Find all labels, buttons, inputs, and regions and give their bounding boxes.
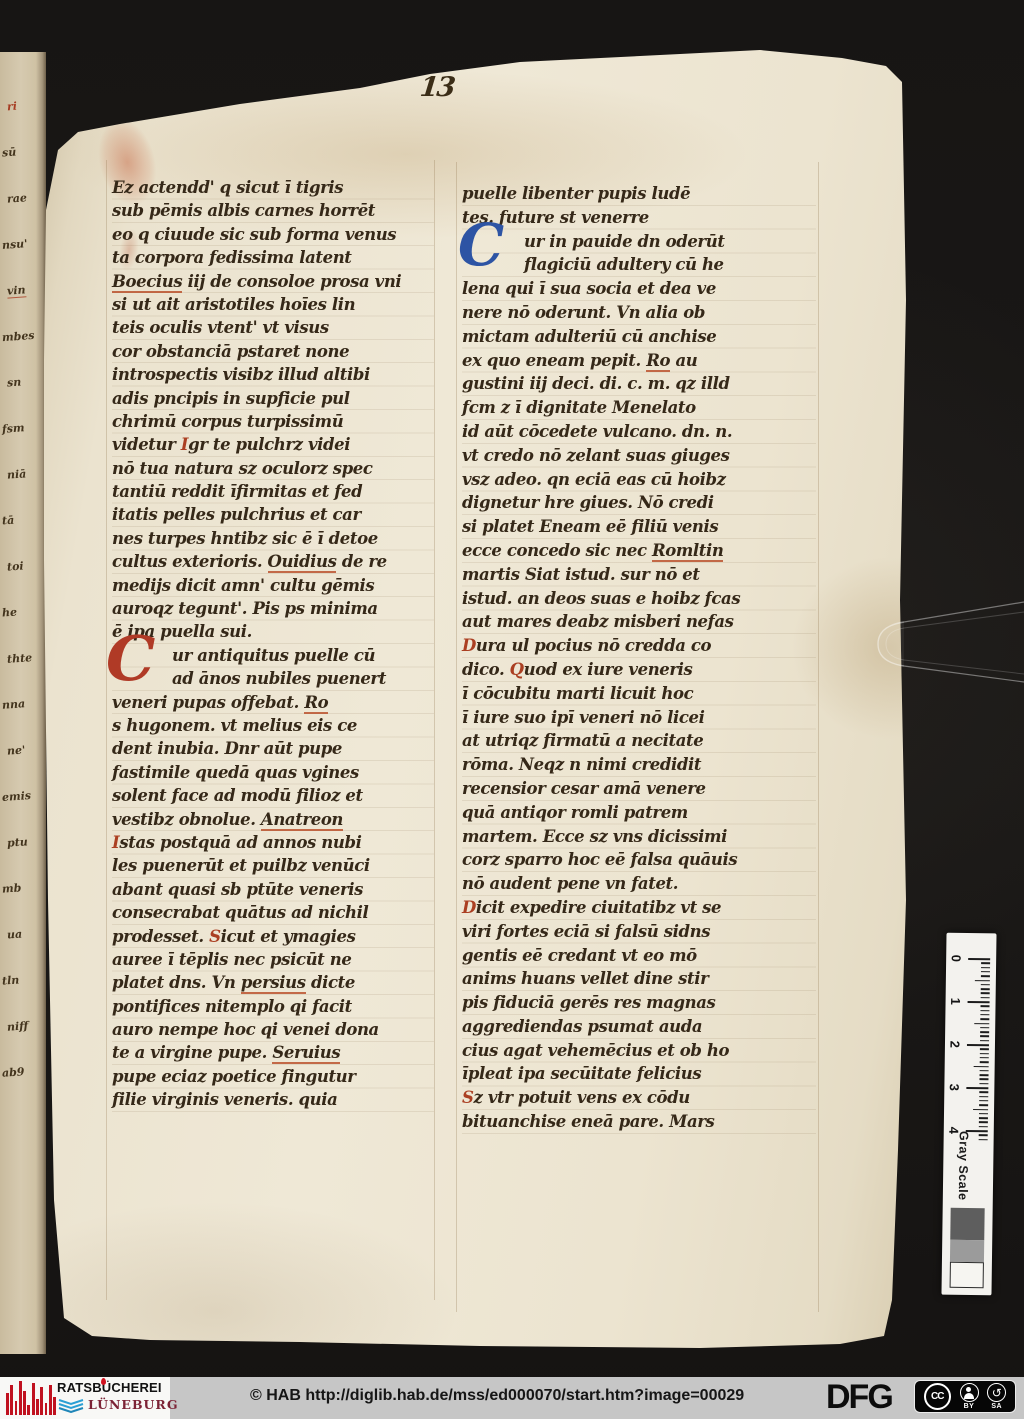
manuscript-line: recensior cesar amā venere bbox=[462, 777, 816, 801]
manuscript-line: cultus exterioris. Ouidius de re bbox=[112, 550, 434, 573]
manuscript-line: les puenerūt et puilbz venūci bbox=[112, 854, 434, 877]
manuscript-line: Dicit expedire ciuitatibz vt se bbox=[462, 896, 816, 920]
manuscript-line: fastimile quedā quas vgines bbox=[112, 761, 434, 784]
manuscript-line: auro nempe hoc qi venei dona bbox=[112, 1018, 434, 1041]
gutter-text-fragment: ri bbox=[7, 100, 18, 114]
institution-city: LÜNEBURG bbox=[88, 1397, 179, 1412]
ruler-tick bbox=[973, 1109, 988, 1111]
manuscript-line: si ut ait aristotiles hoīes lin bbox=[112, 293, 434, 316]
ruler-tick bbox=[980, 1010, 989, 1012]
manuscript-line: ur antiquitus puelle cū bbox=[112, 644, 434, 667]
ruler-tick bbox=[980, 1070, 989, 1072]
ruler-tick bbox=[974, 1023, 989, 1025]
gutter-text-fragment: niff bbox=[7, 1019, 29, 1033]
ruling-line-left-col-end bbox=[434, 160, 435, 1300]
manuscript-page: 13 C Ez actendd' q sicut ī tigrissub pēm… bbox=[44, 50, 906, 1350]
manuscript-line: adis pncipis in supficie pul bbox=[112, 387, 434, 410]
gutter-text-fragment: toi bbox=[7, 559, 24, 573]
cc-sa-arrow-icon: ↺ bbox=[987, 1383, 1006, 1402]
manuscript-line: puelle libenter pupis ludē bbox=[462, 182, 816, 206]
ruler-tick bbox=[980, 1027, 989, 1029]
manuscript-line: pis fiduciā gerēs res magnas bbox=[462, 991, 816, 1015]
ruler-tick bbox=[975, 980, 990, 982]
ruler-tick bbox=[980, 1018, 989, 1020]
manuscript-line: cor obstanciā pstaret none bbox=[112, 340, 434, 363]
manuscript-line: vt credo nō zelant suas giuges bbox=[462, 444, 816, 468]
manuscript-line: nō audent pene vn fatet. bbox=[462, 872, 816, 896]
manuscript-line: lena qui ī sua socia et dea ve bbox=[462, 277, 816, 301]
ruler-tick bbox=[980, 1040, 989, 1042]
ruler-tick bbox=[979, 1117, 988, 1119]
manuscript-line: nere nō oderunt. Vn alia ob bbox=[462, 301, 816, 325]
manuscript-line: eo q ciuude sic sub forma venus bbox=[112, 223, 434, 246]
ruler-tick bbox=[980, 1036, 989, 1038]
manuscript-line: Sz vtr potuit vens ex cōdu bbox=[462, 1086, 816, 1110]
manuscript-line: īpleat ipa secūitate felicius bbox=[462, 1062, 816, 1086]
manuscript-line: quā antiqor romli patrem bbox=[462, 801, 816, 825]
manuscript-line: tantiū reddit īfirmitas et fed bbox=[112, 480, 434, 503]
manuscript-line: introspectis visibz illud altibi bbox=[112, 363, 434, 386]
manuscript-line: solent face ad modū filioz et bbox=[112, 784, 434, 807]
photo-stage: risūraensu'vinmbessnfsmniātātoihethtenna… bbox=[0, 0, 1024, 1419]
manuscript-line: anims huans vellet dine stir bbox=[462, 967, 816, 991]
gutter-text-fragment: emis bbox=[2, 789, 32, 804]
manuscript-line: viri fortes eciā si falsū sidns bbox=[462, 920, 816, 944]
gutter-text-fragment: ptu bbox=[7, 835, 29, 849]
manuscript-line: tes. future st venerre bbox=[462, 206, 816, 230]
manuscript-line: chrimū corpus turpissimū bbox=[112, 410, 434, 433]
cc-by-group: BY bbox=[960, 1383, 979, 1410]
gutter-text-fragment: tln bbox=[2, 973, 20, 987]
ruler-tick bbox=[981, 962, 990, 964]
ruler-tick bbox=[981, 971, 990, 973]
cc-license-badge: CC BY ↺ SA bbox=[914, 1380, 1016, 1413]
ruler-tick bbox=[980, 1005, 989, 1007]
ruler-tick bbox=[980, 1057, 989, 1059]
manuscript-line: Boecius iij de consoloe prosa vni bbox=[112, 270, 434, 293]
gutter-text-fragment: rae bbox=[7, 191, 28, 205]
ruler-tick bbox=[979, 1083, 988, 1085]
manuscript-line: aggrediendas psumat auda bbox=[462, 1015, 816, 1039]
manuscript-line: martem. Ecce sz vns dicissimi bbox=[462, 825, 816, 849]
manuscript-line: consecrabat quātus ad nichil bbox=[112, 901, 434, 924]
manuscript-line: filie virginis veneris. quia bbox=[112, 1088, 434, 1111]
manuscript-line: Dura ul pocius nō credda co bbox=[462, 634, 816, 658]
ruler-tick bbox=[979, 1126, 988, 1128]
manuscript-line: veneri pupas offebat. Ro bbox=[112, 691, 434, 714]
manuscript-line: medijs dicit amn' cultu gēmis bbox=[112, 574, 434, 597]
gutter-text-fragment: ua bbox=[7, 927, 23, 941]
ruling-line-right bbox=[818, 162, 819, 1312]
manuscript-line: Istas postquā ad annos nubi bbox=[112, 831, 434, 854]
manuscript-line: teis oculis vtent' vt visus bbox=[112, 316, 434, 339]
ruler-ticks bbox=[947, 933, 997, 934]
gutter-text-fragment: tā bbox=[2, 514, 15, 528]
lueneburg-waves-icon bbox=[58, 1397, 84, 1413]
ruler-tick bbox=[980, 1074, 989, 1076]
ruler-tick bbox=[966, 1087, 988, 1089]
ruler-tick bbox=[981, 993, 990, 995]
ruler-label: Gray Scale bbox=[956, 1131, 971, 1201]
ruler-tick bbox=[979, 1134, 988, 1136]
manuscript-line: ur in pauide dn oderūt bbox=[462, 230, 816, 254]
ruler-tick bbox=[979, 1079, 988, 1081]
gray-patch-white bbox=[950, 1262, 984, 1288]
right-initial-letter: C bbox=[458, 216, 504, 274]
ruler-number: 1 bbox=[948, 993, 963, 1009]
gutter-text-fragment: ne' bbox=[7, 743, 26, 757]
gutter-text-fragment: mb bbox=[2, 881, 22, 895]
manuscript-line: corz sparro hoc eē falsa quāuis bbox=[462, 848, 816, 872]
cc-by-label: BY bbox=[964, 1403, 975, 1410]
manuscript-line: gustini iij deci. di. c. m. qz illd bbox=[462, 372, 816, 396]
manuscript-line: bituanchise eneā pare. Mars bbox=[462, 1110, 816, 1134]
manuscript-line: dent inubia. Dnr aūt pupe bbox=[112, 737, 434, 760]
manuscript-line: nō tua natura sz oculorz spec bbox=[112, 457, 434, 480]
manuscript-line: aut mares deabz misberi nefas bbox=[462, 610, 816, 634]
cc-sa-label: SA bbox=[991, 1403, 1002, 1410]
ratsbuecherei-bars-icon bbox=[6, 1381, 56, 1415]
manuscript-line: at utriqz firmatū a necitate bbox=[462, 729, 816, 753]
footer-bar: RATSBÜCHEREI LÜNEBURG © HAB http://digli… bbox=[0, 1377, 1024, 1419]
ruler-tick bbox=[981, 984, 990, 986]
manuscript-line: itatis pelles pulchrius et car bbox=[112, 503, 434, 526]
gutter-text-fragment: thte bbox=[7, 651, 33, 666]
manuscript-line: auree ī tēplis nec psicūt ne bbox=[112, 948, 434, 971]
ruler-tick bbox=[980, 1048, 989, 1050]
ratsbuecherei-logo: RATSBÜCHEREI LÜNEBURG bbox=[0, 1377, 170, 1419]
ruler-tick bbox=[979, 1104, 988, 1106]
manuscript-line: nes turpes hntibz sic ē ī detoe bbox=[112, 527, 434, 550]
cc-by-person-icon bbox=[960, 1383, 979, 1402]
gutter-text-fragment: fsm bbox=[2, 421, 25, 436]
gutter-text-fragment: he bbox=[2, 605, 18, 619]
gutter-text-fragment: nsu' bbox=[2, 237, 28, 252]
manuscript-line: dignetur hre giues. Nō credi bbox=[462, 491, 816, 515]
manuscript-line: ē ipa puella sui. bbox=[112, 620, 434, 643]
manuscript-line: istud. an deos suas e hoibz fcas bbox=[462, 587, 816, 611]
manuscript-line: fcm z ī dignitate Menelato bbox=[462, 396, 816, 420]
ruler-number: 2 bbox=[947, 1036, 962, 1052]
manuscript-line: abant quasi sb ptūte veneris bbox=[112, 878, 434, 901]
gutter-text-fragment: niā bbox=[7, 467, 27, 481]
gray-patch-dark bbox=[950, 1208, 984, 1240]
gutter-text-fragment: mbes bbox=[2, 329, 35, 344]
gutter-text-fragment: nna bbox=[2, 697, 26, 712]
ruler-tick bbox=[979, 1100, 988, 1102]
ruler-tick bbox=[981, 997, 990, 999]
ruler-tick bbox=[980, 1031, 989, 1033]
gray-patch-mid bbox=[950, 1240, 984, 1262]
manuscript-line: vestibz obnolue. Anatreon bbox=[112, 808, 434, 831]
manuscript-line: ex quo eneam pepit. Ro au bbox=[462, 349, 816, 373]
ruling-line-left bbox=[106, 160, 107, 1300]
ruler-tick bbox=[979, 1139, 988, 1141]
ruler-tick bbox=[968, 958, 990, 960]
manuscript-line: vsz adeo. qn eciā eas cū hoibz bbox=[462, 468, 816, 492]
ruler-numbers: 01234 bbox=[947, 933, 997, 934]
manuscript-line: cius agat vehemēcius et ob ho bbox=[462, 1039, 816, 1063]
manuscript-line: ī cōcubitu marti licuit hoc bbox=[462, 682, 816, 706]
cc-sa-group: ↺ SA bbox=[987, 1383, 1006, 1410]
gray-scale-ruler: 01234 Gray Scale bbox=[941, 933, 996, 1296]
manuscript-line: te a virgine pupe. Seruius bbox=[112, 1041, 434, 1064]
ruler-tick bbox=[981, 967, 990, 969]
manuscript-line: pontifices nitemplo qi facit bbox=[112, 995, 434, 1018]
ruler-tick bbox=[979, 1113, 988, 1115]
cc-icon: CC bbox=[924, 1383, 951, 1410]
gutter-text-fragment: sū bbox=[2, 146, 17, 160]
ruler-tick bbox=[974, 1066, 989, 1068]
page-clamp bbox=[874, 596, 1024, 696]
manuscript-line: rōma. Neqz n nimi credidit bbox=[462, 753, 816, 777]
manuscript-line: dico. Quod ex iure veneris bbox=[462, 658, 816, 682]
manuscript-line: flagiciū adultery cū he bbox=[462, 253, 816, 277]
column-right: C puelle libenter pupis ludētes. future … bbox=[462, 182, 816, 1136]
manuscript-line: gentis eē credant vt eo mō bbox=[462, 944, 816, 968]
manuscript-line: martis Siat istud. sur nō et bbox=[462, 563, 816, 587]
ruler-tick bbox=[967, 1044, 989, 1046]
manuscript-line: platet dns. Vn persius dicte bbox=[112, 971, 434, 994]
manuscript-line: sub pēmis albis carnes horrēt bbox=[112, 199, 434, 222]
dfg-logo: DFG bbox=[826, 1378, 892, 1417]
manuscript-line: mictam adulteriū cū anchise bbox=[462, 325, 816, 349]
ruler-number: 3 bbox=[947, 1079, 962, 1095]
institution-name: RATSBÜCHEREI bbox=[57, 1380, 162, 1395]
manuscript-line: si platet Eneam eē filiū venis bbox=[462, 515, 816, 539]
manuscript-line: pupe eciaz poetice fingutur bbox=[112, 1065, 434, 1088]
ruler-tick bbox=[968, 1001, 990, 1003]
manuscript-line: id aūt cōcedete vulcano. dn. n. bbox=[462, 420, 816, 444]
folio-number: 13 bbox=[418, 72, 455, 103]
book-gutter-pages: risūraensu'vinmbessnfsmniātātoihethtenna… bbox=[0, 52, 46, 1354]
manuscript-line: ad ānos nubiles puenert bbox=[112, 667, 434, 690]
manuscript-line: ī iure suo ipī veneri nō licei bbox=[462, 706, 816, 730]
gutter-text-fragment: vin bbox=[7, 283, 27, 298]
manuscript-line: videtur Igr te pulchrz videi bbox=[112, 433, 434, 456]
manuscript-line: ta corpora fedissima latent bbox=[112, 246, 434, 269]
ruler-tick bbox=[981, 988, 990, 990]
manuscript-line: s hugonem. vt melius eis ce bbox=[112, 714, 434, 737]
ruler-tick bbox=[980, 1053, 989, 1055]
manuscript-line: ecce concedo sic nec Romltin bbox=[462, 539, 816, 563]
copyright-url: © HAB http://diglib.hab.de/mss/ed000070/… bbox=[250, 1387, 744, 1405]
ruler-number: 0 bbox=[949, 950, 964, 966]
manuscript-line: Ez actendd' q sicut ī tigris bbox=[112, 176, 434, 199]
gutter-text-fragment: ab9 bbox=[2, 1065, 25, 1080]
ruler-tick bbox=[979, 1091, 988, 1093]
ruler-tick bbox=[980, 1061, 989, 1063]
ruler-tick bbox=[979, 1096, 988, 1098]
ruler-tick bbox=[981, 975, 990, 977]
ruler-tick bbox=[980, 1014, 989, 1016]
manuscript-line: prodesset. Sicut et ymagies bbox=[112, 925, 434, 948]
umlaut-drop-icon bbox=[101, 1378, 106, 1385]
column-left: C Ez actendd' q sicut ī tigrissub pēmis … bbox=[112, 176, 434, 1116]
manuscript-line: auroqz tegunt'. Pis ps minima bbox=[112, 597, 434, 620]
ruling-line-right-col-start bbox=[456, 162, 457, 1312]
left-initial-letter: C bbox=[106, 628, 155, 690]
ruler-tick bbox=[979, 1122, 988, 1124]
gutter-text-fragment: sn bbox=[7, 376, 22, 390]
